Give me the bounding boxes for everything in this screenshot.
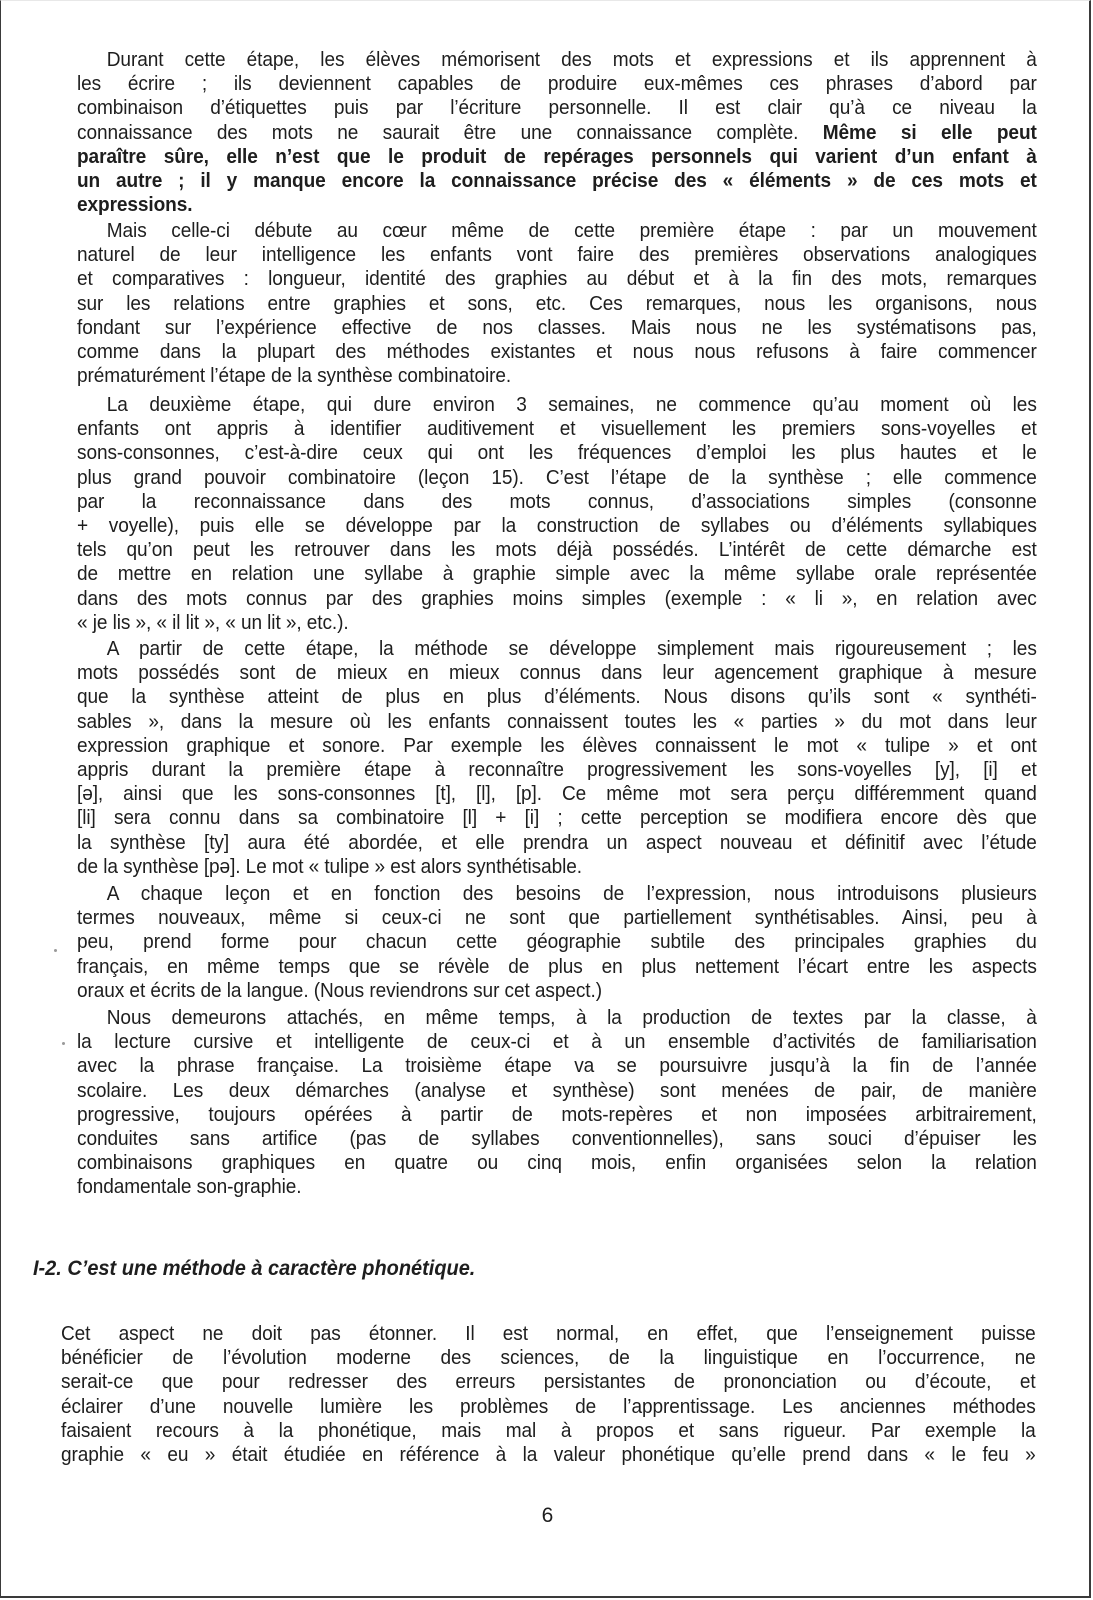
text-line: Nous demeurons attachés, en même temps, … (77, 1006, 1037, 1030)
text-line: fondant sur l’expérience effective de no… (77, 316, 1037, 340)
scan-speck (62, 1042, 65, 1045)
text-line: [ə], ainsi que les sons-consonnes [t], [… (77, 782, 1037, 806)
bold-text-line: paraître sûre, elle n’est que le produit… (77, 145, 1037, 169)
text-line: serait-ce que pour redresser des erreurs… (61, 1370, 1036, 1394)
text-line: éclairer d’une nouvelle lumière les prob… (61, 1395, 1036, 1419)
text-line: plus grand pouvoir combinatoire (leçon 1… (77, 466, 1037, 490)
text-line: mots possédés sont de mieux en mieux con… (77, 661, 1037, 685)
paragraph-3: La deuxième étape, qui dure environ 3 se… (77, 393, 1037, 635)
text-line: Cet aspect ne doit pas étonner. Il est n… (61, 1322, 1036, 1346)
text-line: scolaire. Les deux démarches (analyse et… (77, 1079, 1037, 1103)
paragraph-6: Nous demeurons attachés, en même temps, … (77, 1006, 1037, 1200)
text-line: appris durant la première étape à reconn… (77, 758, 1037, 782)
text-line: que la synthèse atteint de plus en plus … (77, 685, 1037, 709)
text-line: connaissance des mots ne saurait être un… (77, 121, 1037, 145)
text-line: fondamentale son-graphie. (77, 1175, 1037, 1199)
text-line: conduites sans artifice (pas de syllabes… (77, 1127, 1037, 1151)
text-line: combinaisons graphiques en quatre ou cin… (77, 1151, 1037, 1175)
text-line: sur les relations entre graphies et sons… (77, 292, 1037, 316)
text-line: sons-consonnes, c’est-à-dire ceux qui on… (77, 441, 1037, 465)
bold-text-line: expressions. (77, 193, 1037, 217)
text-line: les écrire ; ils deviennent capables de … (77, 72, 1037, 96)
paragraph-7: Cet aspect ne doit pas étonner. Il est n… (61, 1322, 1037, 1467)
scan-speck (54, 949, 57, 952)
bold-text-segment: Même si elle peut (823, 121, 1037, 144)
document-page: Durant cette étape, les élèves mémorisen… (0, 0, 1091, 1598)
text-line: faisaient recours à la phonétique, mais … (61, 1419, 1036, 1443)
text-line: bénéficier de l’évolution moderne des sc… (61, 1346, 1036, 1370)
text-segment: connaissance des mots ne saurait être un… (77, 121, 798, 144)
text-line: combinaison d’étiquettes puis par l’écri… (77, 96, 1037, 120)
text-line: Durant cette étape, les élèves mémorisen… (77, 48, 1037, 72)
text-line: de mettre en relation une syllabe à grap… (77, 562, 1037, 586)
text-line: termes nouveaux, même si ceux-ci ne sont… (77, 906, 1037, 930)
text-line: sables », dans la mesure où les enfants … (77, 710, 1037, 734)
text-line: naturel de leur intelligence les enfants… (77, 243, 1037, 267)
text-line: dans des mots connus par des graphies mo… (77, 587, 1037, 611)
paragraph-1: Durant cette étape, les élèves mémorisen… (77, 48, 1037, 217)
paragraph-5: A chaque leçon et en fonction des besoin… (77, 882, 1037, 1003)
text-line: [li] sera connu dans sa combinatoire [l]… (77, 806, 1037, 830)
text-line: enfants ont appris à identifier auditive… (77, 417, 1037, 441)
text-line: comme dans la plupart des méthodes exist… (77, 340, 1037, 364)
text-line: + voyelle), puis elle se développe par l… (77, 514, 1037, 538)
text-line: avec la phrase française. La troisième é… (77, 1054, 1037, 1078)
text-line: la lecture cursive et intelligente de ce… (77, 1030, 1037, 1054)
text-line: progressive, toujours opérées à partir d… (77, 1103, 1037, 1127)
text-line: expression graphique et sonore. Par exem… (77, 734, 1037, 758)
text-line: français, en même temps que se révèle de… (77, 955, 1037, 979)
bold-text-line: un autre ; il y manque encore la connais… (77, 169, 1037, 193)
text-line: tels qu’on peut les retrouver dans les m… (77, 538, 1037, 562)
text-line: A chaque leçon et en fonction des besoin… (77, 882, 1037, 906)
text-line: peu, prend forme pour chacun cette géogr… (77, 930, 1037, 954)
text-line: A partir de cette étape, la méthode se d… (77, 637, 1037, 661)
text-line: Mais celle-ci débute au cœur même de cet… (77, 219, 1037, 243)
section-heading: I-2. C’est une méthode à caractère phoné… (33, 1257, 475, 1281)
paragraph-4: A partir de cette étape, la méthode se d… (77, 637, 1037, 879)
page-number: 6 (1, 1504, 1093, 1528)
text-line: de la synthèse [pə]. Le mot « tulipe » e… (77, 855, 1037, 879)
text-line: la synthèse [ty] aura été abordée, et el… (77, 831, 1037, 855)
text-line: et comparatives : longueur, identité des… (77, 267, 1037, 291)
text-line: La deuxième étape, qui dure environ 3 se… (77, 393, 1037, 417)
text-line: graphie « eu » était étudiée en référenc… (61, 1443, 1036, 1467)
paragraph-2: Mais celle-ci débute au cœur même de cet… (77, 219, 1037, 388)
text-line: prématurément l’étape de la synthèse com… (77, 364, 1037, 388)
text-line: par la reconnaissance dans des mots conn… (77, 490, 1037, 514)
text-line: oraux et écrits de la langue. (Nous revi… (77, 979, 1037, 1003)
text-line: « je lis », « il lit », « un lit », etc.… (77, 611, 1037, 635)
